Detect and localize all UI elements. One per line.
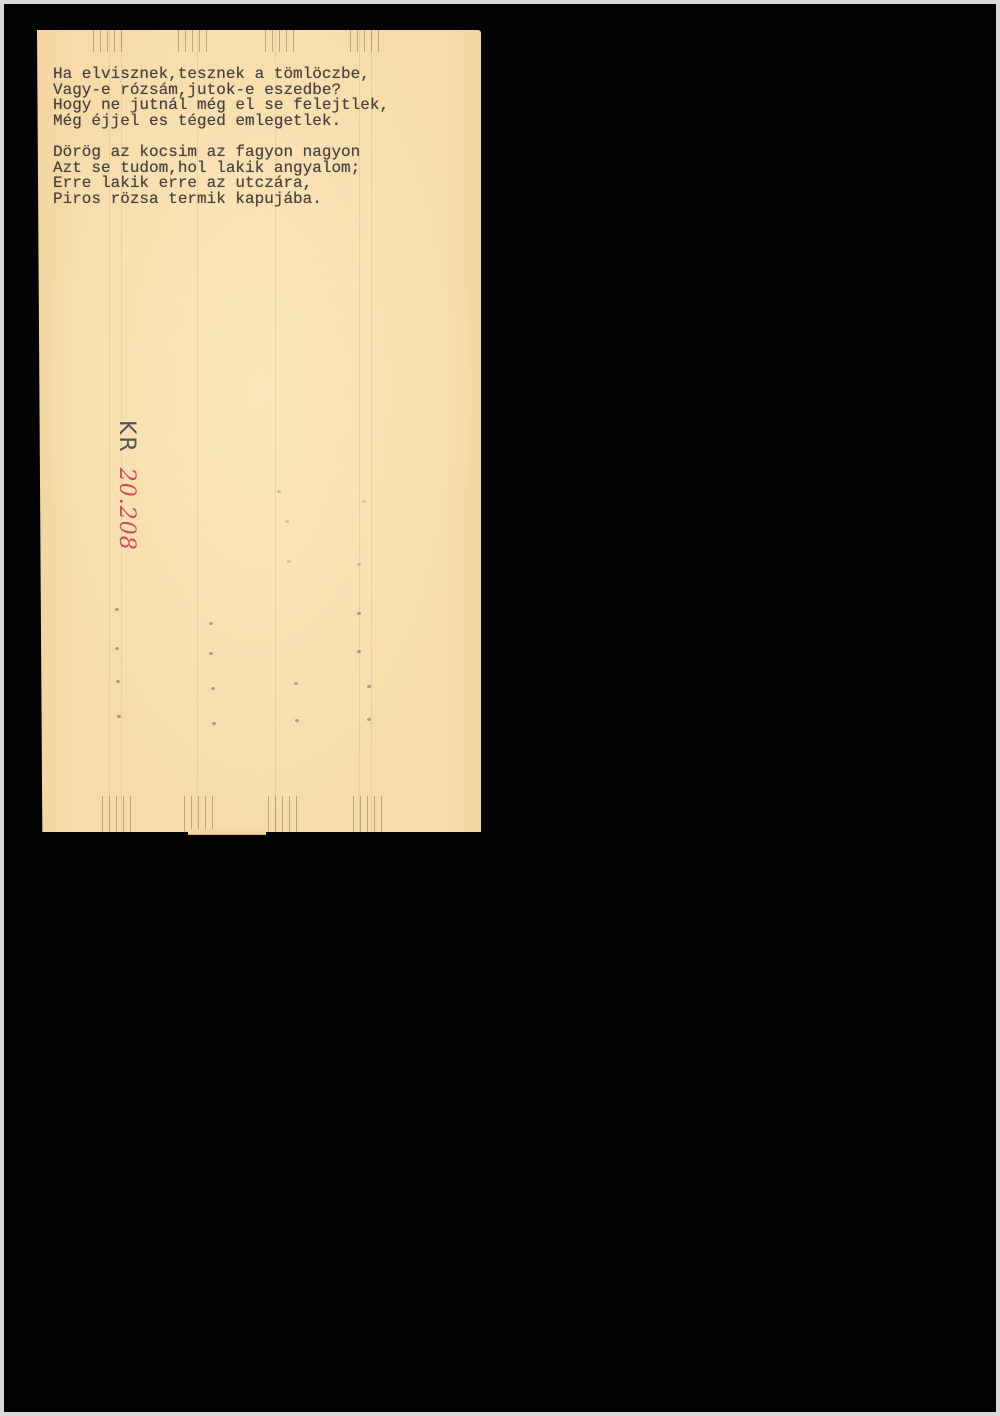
fold-tick-marks xyxy=(268,796,297,832)
fold-tick-marks xyxy=(184,796,213,832)
catalog-note: KR20.208 xyxy=(109,420,139,580)
speck xyxy=(209,652,213,655)
card-torn-tab xyxy=(188,829,266,835)
speck xyxy=(285,520,289,523)
fold-tick-marks xyxy=(102,796,131,832)
fold-tick-marks xyxy=(353,796,382,832)
speck xyxy=(211,687,215,690)
speck xyxy=(116,680,120,683)
speck xyxy=(357,612,361,615)
fold-tick-marks xyxy=(265,30,294,52)
speck xyxy=(117,715,121,718)
fold-tick-marks xyxy=(350,30,379,52)
fold-tick-marks xyxy=(178,30,207,52)
speck xyxy=(212,722,216,725)
speck xyxy=(209,622,213,625)
speck xyxy=(357,650,361,653)
speck xyxy=(367,685,371,688)
fold-tick-marks xyxy=(93,30,122,52)
catalog-prefix: KR xyxy=(114,420,139,454)
stanza-1: Ha elvisznek,tesznek a tömlöczbe, Vagy-e… xyxy=(53,67,389,129)
speck xyxy=(357,563,361,566)
poem-line: Még éjjel es téged emlegetlek. xyxy=(53,114,389,130)
speck xyxy=(367,718,371,721)
catalog-number: 20.208 xyxy=(114,468,139,551)
poem-line: Piros rözsa termik kapujába. xyxy=(53,192,389,208)
speck xyxy=(294,682,298,685)
speck xyxy=(277,490,281,493)
typewritten-poem: Ha elvisznek,tesznek a tömlöczbe, Vagy-e… xyxy=(53,67,389,223)
stanza-2: Dörög az kocsim az fagyon nagyon Azt se … xyxy=(53,145,389,207)
speck xyxy=(115,647,119,650)
speck xyxy=(362,500,366,503)
index-card: Ha elvisznek,tesznek a tömlöczbe, Vagy-e… xyxy=(37,30,481,832)
speck xyxy=(115,608,119,611)
speck xyxy=(295,719,299,722)
speck xyxy=(287,560,291,563)
